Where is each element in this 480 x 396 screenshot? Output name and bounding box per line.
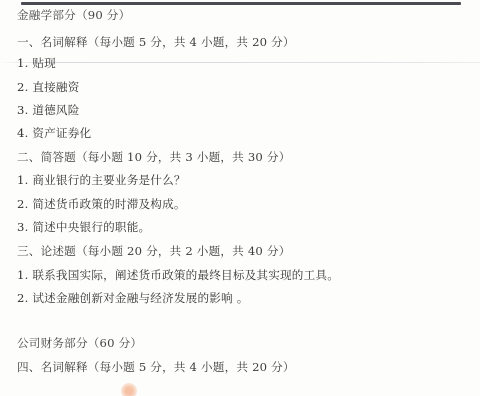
question-item: 2. 试述金融创新对金融与经济发展的影响 。 bbox=[17, 291, 249, 305]
section-title-corporate-finance: 公司财务部分（60 分） bbox=[17, 336, 142, 350]
question-item: 3. 道德风险 bbox=[17, 103, 80, 117]
question-item: 2. 直接融资 bbox=[17, 80, 80, 94]
question-item: 3. 简述中央银行的职能。 bbox=[17, 220, 150, 234]
question-item: 2. 简述货币政策的时滞及构成。 bbox=[17, 197, 186, 211]
section-title-finance: 金融学部分（90 分） bbox=[17, 8, 130, 22]
part-heading-terms-2: 四、名词解释（每小题 5 分，共 4 小题，共 20 分） bbox=[17, 360, 295, 374]
question-item: 4. 资产证券化 bbox=[17, 126, 91, 140]
part-heading-terms: 一、名词解释（每小题 5 分，共 4 小题，共 20 分） bbox=[17, 35, 295, 49]
part-heading-short-answer: 二、简答题（每小题 10 分，共 3 小题，共 30 分） bbox=[17, 150, 290, 164]
part-heading-essay: 三、论述题（每小题 20 分，共 2 小题，共 40 分） bbox=[17, 244, 290, 258]
question-item: 1. 商业银行的主要业务是什么？ bbox=[17, 173, 186, 187]
question-item: 1. 贴现 bbox=[17, 56, 56, 70]
scan-artifact-line bbox=[0, 62, 480, 63]
question-item: 1. 联系我国实际，阐述货币政策的最终目标及其实现的工具。 bbox=[17, 268, 339, 282]
stamp-smudge bbox=[121, 383, 137, 396]
top-border-rule bbox=[21, 2, 461, 5]
